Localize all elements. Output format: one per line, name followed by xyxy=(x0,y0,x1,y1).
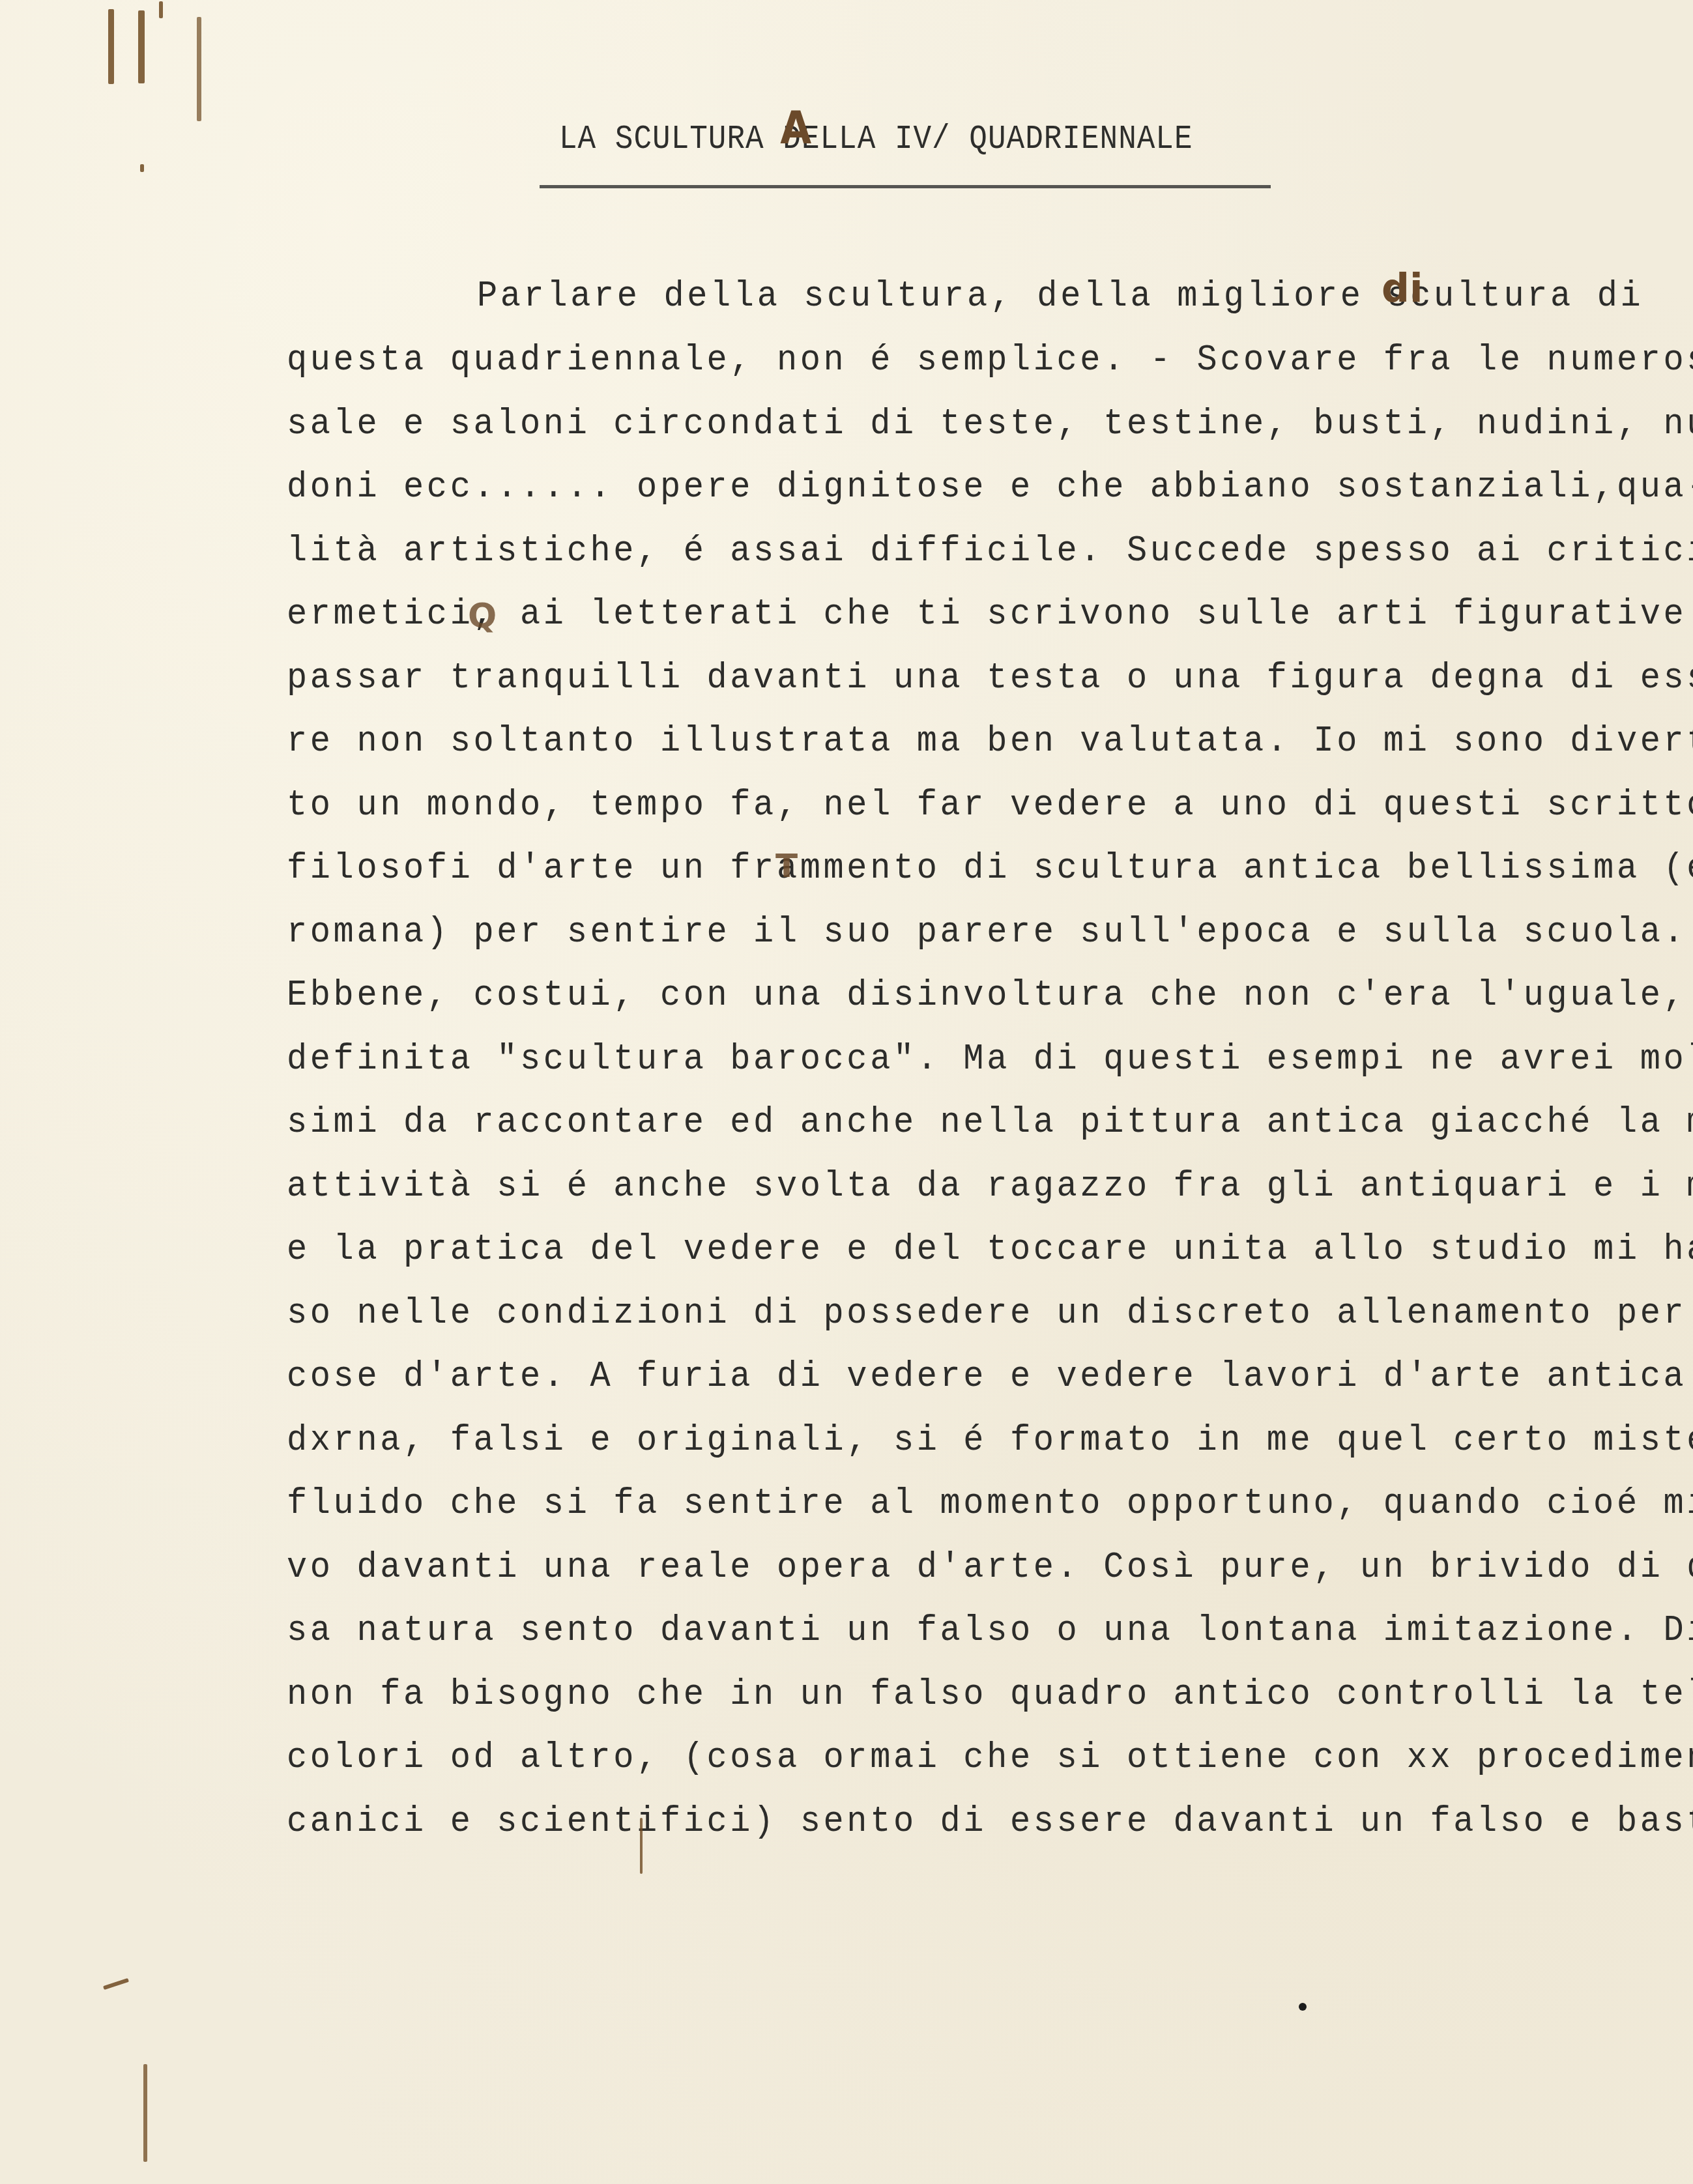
handwritten-bracket-mark xyxy=(640,1818,643,1874)
text-line: passar tranquilli davanti una testa o un… xyxy=(287,658,1693,698)
handwritten-q-correction: Q xyxy=(468,597,497,636)
handwritten-t-correction: T xyxy=(775,847,798,885)
text-line: dxrna, falsi e originali, si é formato i… xyxy=(287,1420,1693,1461)
text-line: ermetici, ai letterati che ti scrivono s… xyxy=(287,594,1693,635)
text-line: so nelle condizioni di possedere un disc… xyxy=(287,1293,1693,1334)
text-line: questa quadriennale, non é semplice. - S… xyxy=(287,340,1693,381)
title-struck-letter: DA xyxy=(783,120,802,158)
text-line: non fa bisogno che in un falso quadro an… xyxy=(287,1674,1693,1715)
text-line: filosofi d'arte un frammento di scultura… xyxy=(287,848,1693,889)
text-line: romana) per sentire il suo parere sull'e… xyxy=(287,912,1693,953)
text-line: canici e scientifici) sento di essere da… xyxy=(287,1802,1693,1842)
text-line: re non soltanto illustrata ma ben valuta… xyxy=(287,721,1693,762)
handwritten-correction-a: A xyxy=(780,101,812,154)
rust-stain-mark xyxy=(103,1978,129,1990)
text-line: Ebbene, costui, con una disinvoltura che… xyxy=(287,975,1693,1016)
text-line: cose d'arte. A furia di vedere e vedere … xyxy=(287,1357,1693,1397)
title-text-before: LA SCULTURA xyxy=(559,120,783,158)
text-line: attività si é anche svolta da ragazzo fr… xyxy=(287,1166,1693,1207)
text-line: sale e saloni circondati di teste, testi… xyxy=(287,404,1693,444)
text-line: sa natura sento davanti un falso o una l… xyxy=(287,1611,1693,1651)
text-line: vo davanti una reale opera d'arte. Così … xyxy=(287,1547,1693,1588)
rust-stain-mark xyxy=(140,164,144,172)
text-line: e la pratica del vedere e del toccare un… xyxy=(287,1229,1693,1270)
text-line: doni ecc...... opere dignitose e che abb… xyxy=(287,467,1693,508)
ink-dot xyxy=(1299,2003,1307,2011)
rust-stain-mark xyxy=(159,1,163,18)
text-line: Parlare della scultura, della migliore s… xyxy=(477,276,1643,317)
rust-stain-mark xyxy=(143,2064,147,2162)
document-title: LA SCULTURA DAELLA IV/ QUADRIENNALE xyxy=(559,120,1193,158)
handwritten-di-annotation: di xyxy=(1382,266,1423,311)
text-line: definita "scultura barocca". Ma di quest… xyxy=(287,1039,1693,1080)
title-underline xyxy=(540,185,1271,188)
rust-stain-mark xyxy=(138,10,145,83)
text-line: to un mondo, tempo fa, nel far vedere a … xyxy=(287,785,1693,826)
text-line: simi da raccontare ed anche nella pittur… xyxy=(287,1102,1693,1143)
text-line: lità artistiche, é assai difficile. Succ… xyxy=(287,531,1693,571)
text-line: fluido che si fa sentire al momento oppo… xyxy=(287,1484,1693,1524)
title-text-after: ELLA IV/ QUADRIENNALE xyxy=(802,120,1193,158)
rust-stain-mark xyxy=(197,17,201,121)
text-line: colori od altro, (cosa ormai che si otti… xyxy=(287,1738,1693,1778)
rust-stain-mark xyxy=(108,9,114,84)
typewritten-page: LA SCULTURA DAELLA IV/ QUADRIENNALE Parl… xyxy=(0,0,1693,2184)
